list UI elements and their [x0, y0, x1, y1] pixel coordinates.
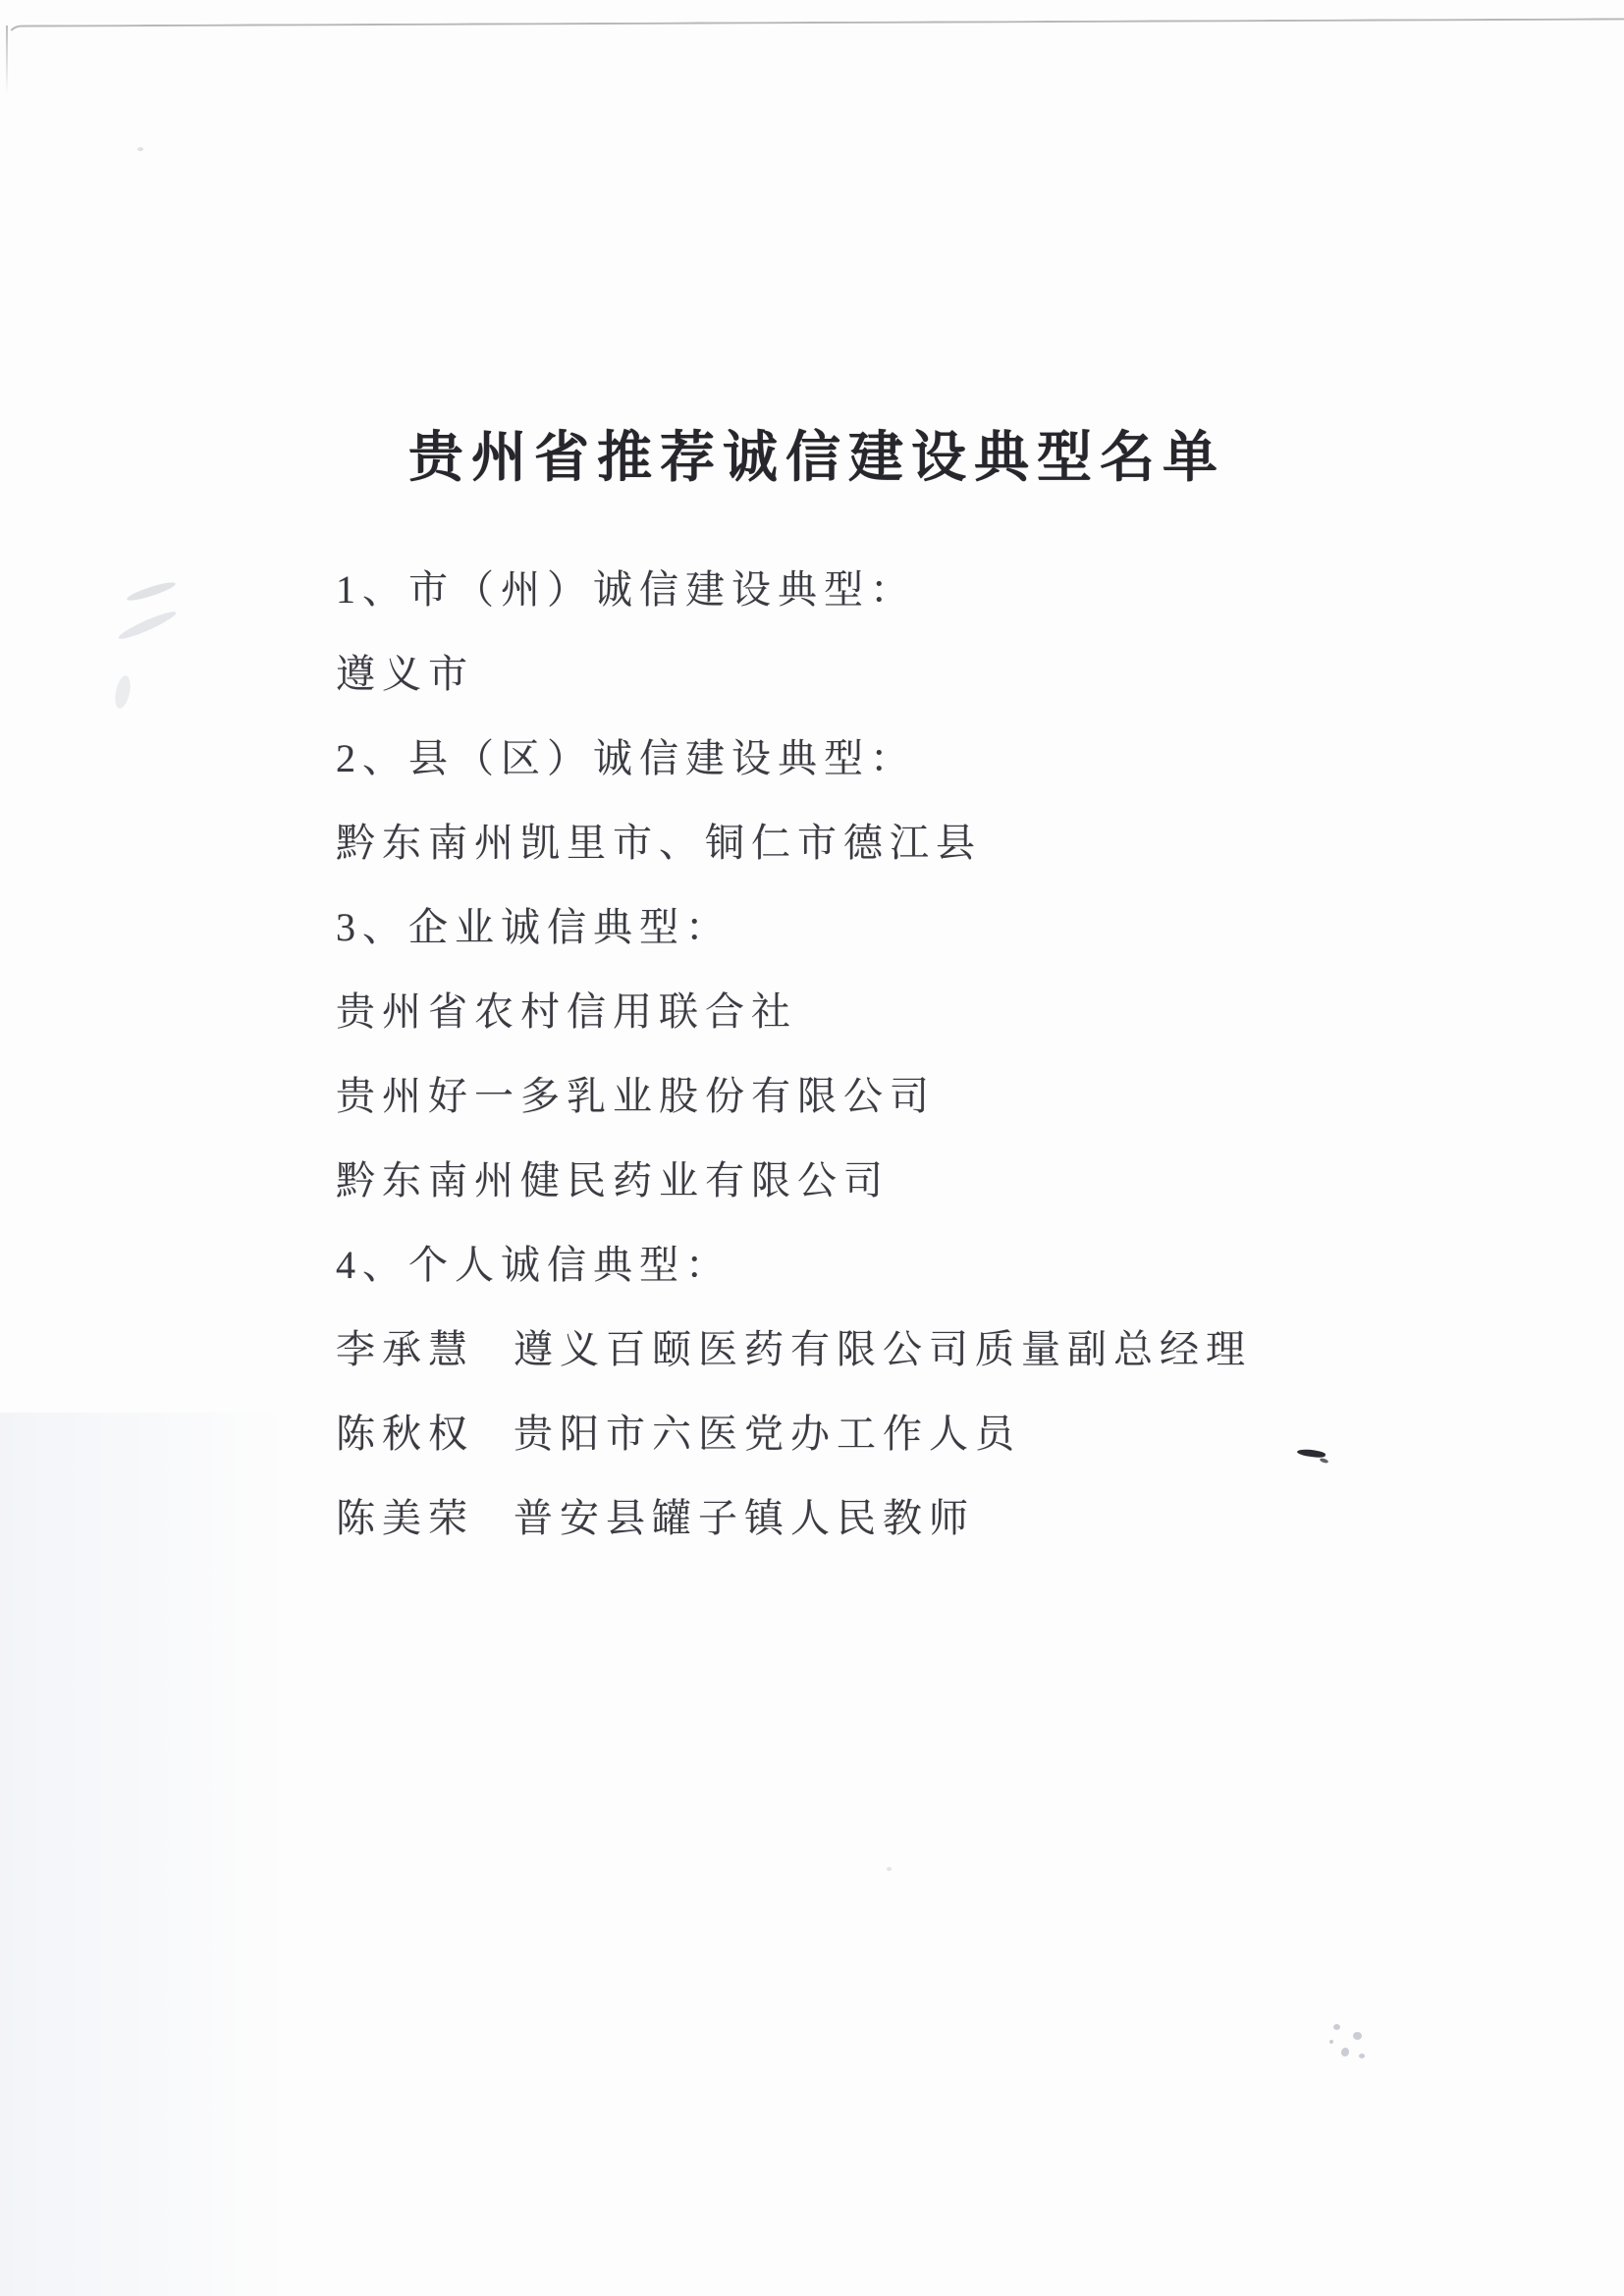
dust-speck: [137, 147, 143, 151]
section-2-item: 黔东南州凯里市、铜仁市德江县: [336, 797, 1318, 881]
person-name: 陈美荣: [336, 1487, 474, 1543]
margin-smudge: [126, 579, 177, 604]
ink-smudge-tail: [1320, 1458, 1329, 1465]
section-2-heading: 2、县（区）诚信建设典型：: [336, 713, 1318, 797]
section-1-item: 遵义市: [336, 628, 1318, 713]
person-role: 普安县罐子镇人民教师: [514, 1487, 975, 1543]
dust-speck: [887, 1867, 892, 1871]
page-title: 贵州省推荐诚信建设典型名单: [408, 414, 1225, 493]
person-row: 李承慧 遵义百颐医药有限公司质量副总经理: [336, 1304, 1318, 1388]
section-3-item: 贵州好一多乳业股份有限公司: [336, 1050, 1318, 1135]
section-1-heading: 1、市（州）诚信建设典型：: [336, 544, 1318, 628]
person-name: 陈秋权: [336, 1403, 474, 1459]
person-role: 贵阳市六医党办工作人员: [514, 1403, 1021, 1459]
person-name: 李承慧: [336, 1318, 474, 1374]
document-body: 1、市（州）诚信建设典型： 遵义市 2、县（区）诚信建设典型： 黔东南州凯里市、…: [336, 544, 1318, 1557]
scan-edge-line: [6, 18, 1624, 85]
section-3-heading: 3、企业诚信典型：: [336, 881, 1318, 966]
section-4-heading: 4、个人诚信典型：: [336, 1219, 1318, 1304]
section-3-item: 黔东南州健民药业有限公司: [336, 1135, 1318, 1219]
person-role: 遵义百颐医药有限公司质量副总经理: [514, 1318, 1252, 1374]
person-row: 陈秋权 贵阳市六医党办工作人员: [336, 1388, 1318, 1472]
speck-cluster: [1327, 2020, 1382, 2075]
margin-smudge: [117, 608, 179, 642]
scan-edge-corner: [6, 26, 8, 94]
margin-smudge: [113, 674, 134, 710]
person-row: 陈美荣 普安县罐子镇人民教师: [336, 1472, 1318, 1557]
section-3-item: 贵州省农村信用联合社: [336, 966, 1318, 1050]
